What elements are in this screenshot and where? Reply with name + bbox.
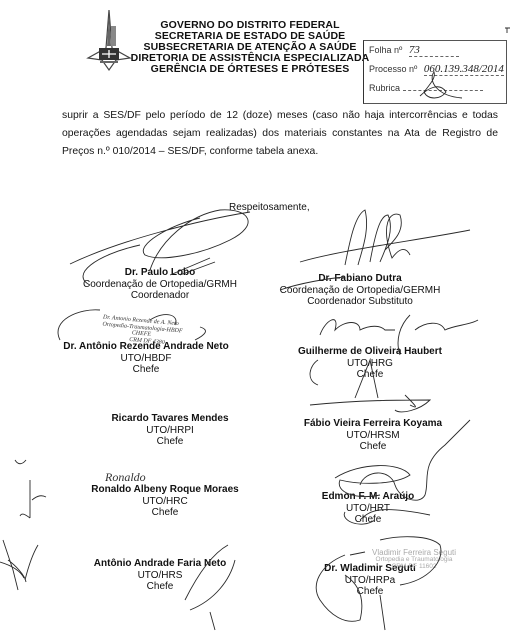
header-line-5: GERÊNCIA DE ÓRTESES E PRÓTESES: [130, 64, 370, 75]
signatory-paulo-lobo: Dr. Paulo Lobo Coordenação de Ortopedia/…: [80, 267, 240, 302]
signatory-title: Chefe: [75, 507, 255, 519]
signatory-ricardo-mendes: Ricardo Tavares Mendes UTO/HRPI Chefe: [90, 413, 250, 448]
signatory-title: Chefe: [288, 441, 458, 453]
signatory-name: Dr. Fabiano Dutra: [275, 273, 445, 285]
signatory-role: Coordenação de Ortopedia/GERMH: [275, 285, 445, 297]
stamp-line: Ortopedia e Traumatologia: [372, 556, 456, 563]
body-paragraph: suprir a SES/DF pelo período de 12 (doze…: [62, 107, 498, 161]
signatory-unit: UTO/HRSM: [288, 430, 458, 442]
signatory-name: Fábio Vieira Ferreira Koyama: [288, 418, 458, 430]
signatory-unit: UTO/HRPa: [315, 575, 425, 587]
signatory-unit: UTO/HRS: [85, 570, 235, 582]
signatory-unit: UTO/HRT: [303, 503, 433, 515]
signatory-ronaldo-moraes: Ronaldo Albeny Roque Moraes UTO/HRC Chef…: [75, 484, 255, 519]
signatory-title: Coordenador: [80, 290, 240, 302]
signatory-name: Ronaldo Albeny Roque Moraes: [75, 484, 255, 496]
signatory-edmon-araujo: Edmon F. M. Araújo UTO/HRT Chefe: [303, 491, 433, 526]
processo-value: 060.139.348/2014: [424, 63, 504, 76]
seguti-stamp: Vladimir Ferreira Seguti Ortopedia e Tra…: [372, 549, 456, 570]
rubrica-line: [403, 90, 483, 91]
signatory-title: Coordenador Substituto: [275, 296, 445, 308]
folha-value: 73: [409, 44, 459, 57]
closing: Respeitosamente,: [229, 202, 310, 213]
signatory-role: Coordenação de Ortopedia/GRMH: [80, 279, 240, 291]
signatory-name: Dr. Paulo Lobo: [80, 267, 240, 279]
brasilia-coat-of-arms-icon: [86, 8, 132, 74]
signatory-title: Chefe: [46, 364, 246, 376]
signatory-title: Chefe: [315, 586, 425, 598]
protocol-stamp: Folha nº 73 Processo nº 060.139.348/2014…: [363, 40, 507, 104]
stamp-line: CRM-DF 11602: [372, 563, 456, 570]
signatory-title: Chefe: [90, 436, 250, 448]
processo-row: Processo nº 060.139.348/2014: [369, 63, 504, 76]
signatory-unit: UTO/HRC: [75, 496, 255, 508]
signatory-unit: UTO/HRPI: [90, 425, 250, 437]
signatory-title: Chefe: [290, 369, 450, 381]
ronaldo-handwritten-signature: Ronaldo: [105, 470, 146, 485]
signatory-antonio-rezende: Dr. Antônio Rezende Andrade Neto UTO/HBD…: [46, 341, 246, 376]
signatory-unit: UTO/HRG: [290, 358, 450, 370]
rubrica-row: Rubrica: [369, 83, 483, 93]
folha-label: Folha nº: [369, 45, 402, 55]
signatory-name: Guilherme de Oliveira Haubert: [290, 346, 450, 358]
signatory-fabio-koyama: Fábio Vieira Ferreira Koyama UTO/HRSM Ch…: [288, 418, 458, 453]
signatory-name: Ricardo Tavares Mendes: [90, 413, 250, 425]
signatory-title: Chefe: [303, 514, 433, 526]
signatory-guilherme-haubert: Guilherme de Oliveira Haubert UTO/HRG Ch…: [290, 346, 450, 381]
signatory-unit: UTO/HBDF: [46, 353, 246, 365]
rubrica-label: Rubrica: [369, 83, 400, 93]
signatory-name: Antônio Andrade Faria Neto: [85, 558, 235, 570]
signatory-title: Chefe: [85, 581, 235, 593]
signatory-fabiano-dutra: Dr. Fabiano Dutra Coordenação de Ortoped…: [275, 273, 445, 308]
letterhead: GOVERNO DO DISTRITO FEDERAL SECRETARIA D…: [130, 20, 370, 75]
signatory-name: Edmon F. M. Araújo: [303, 491, 433, 503]
signatory-antonio-faria: Antônio Andrade Faria Neto UTO/HRS Chefe: [85, 558, 235, 593]
processo-label: Processo nº: [369, 64, 417, 74]
folha-row: Folha nº 73: [369, 44, 459, 57]
stamp-line: Vladimir Ferreira Seguti: [372, 549, 456, 556]
